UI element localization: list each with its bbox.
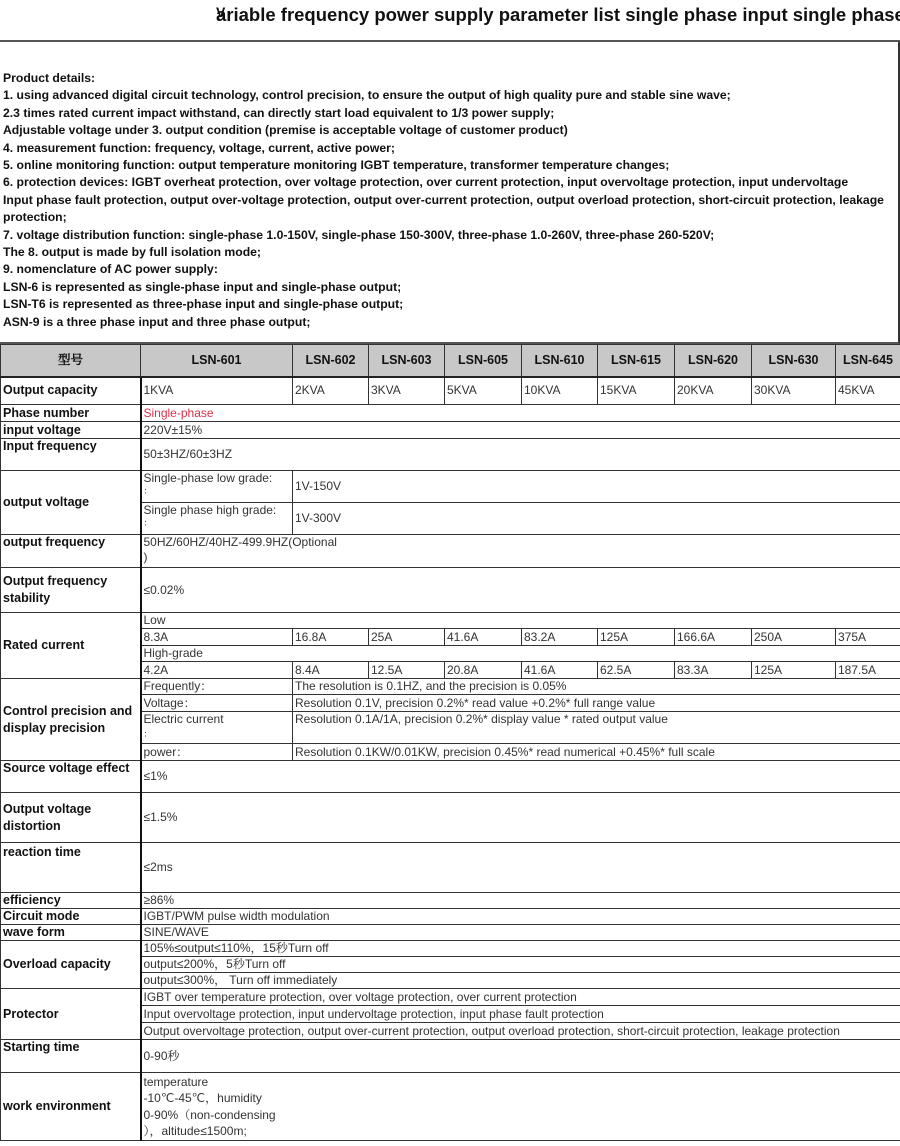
- cell: 125A: [752, 662, 836, 679]
- header-model: LSN-645: [836, 345, 900, 377]
- table-row: Circuit mode IGBT/PWM pulse width modula…: [1, 909, 900, 925]
- cell: 250A: [752, 629, 836, 646]
- header-model: LSN-620: [675, 345, 752, 377]
- row-label: Protector: [1, 989, 141, 1040]
- header-model: LSN-603: [369, 345, 445, 377]
- cell: 16.8A: [293, 629, 369, 646]
- cell: 83.2A: [522, 629, 598, 646]
- cell: 45KVA: [836, 377, 900, 405]
- header-model-label: 型号: [1, 345, 141, 377]
- cell: 25A: [369, 629, 445, 646]
- cell: 2KVA: [293, 377, 369, 405]
- details-line: 4. measurement function: frequency, volt…: [3, 140, 898, 157]
- phase-value: Single-phase: [141, 405, 900, 422]
- details-line: protection;: [3, 209, 898, 226]
- page-title: Variable frequency power supply paramete…: [0, 0, 900, 42]
- cell: 0-90秒: [141, 1040, 900, 1073]
- row-label: Output capacity: [1, 377, 141, 405]
- cell: output≤200%，5秒Turn off: [141, 957, 900, 973]
- row-label: Source voltage effect: [1, 761, 141, 793]
- details-line: 1. using advanced digital circuit techno…: [3, 87, 898, 104]
- details-line: 6. protection devices: IGBT overheat pro…: [3, 174, 898, 191]
- row-label: reaction time: [1, 843, 141, 893]
- details-line: LSN-6 is represented as single-phase inp…: [3, 279, 898, 296]
- title-text: ariable frequency power supply parameter…: [216, 4, 900, 26]
- table-row: Control precision anddisplay precision F…: [1, 679, 900, 695]
- cell: 62.5A: [598, 662, 675, 679]
- cell: 3KVA: [369, 377, 445, 405]
- header-model: LSN-630: [752, 345, 836, 377]
- table-row: work environment temperature -10℃-45℃，hu…: [1, 1073, 900, 1141]
- cell: 10KVA: [522, 377, 598, 405]
- header-model: LSN-610: [522, 345, 598, 377]
- table-row: efficiency ≥86%: [1, 893, 900, 909]
- cell: Output overvoltage protection, output ov…: [141, 1023, 900, 1040]
- cell: 15KVA: [598, 377, 675, 405]
- table-row: wave form SINE/WAVE: [1, 925, 900, 941]
- cell: 375A: [836, 629, 900, 646]
- row-label: Control precision anddisplay precision: [1, 679, 141, 761]
- cell: 220V±15%: [141, 422, 900, 439]
- details-line: 2.3 times rated current impact withstand…: [3, 105, 898, 122]
- table-row: reaction time ≤2ms: [1, 843, 900, 893]
- table-row: Starting time 0-90秒: [1, 1040, 900, 1073]
- table-row: Output capacity 1KVA 2KVA 3KVA 5KVA 10KV…: [1, 377, 900, 405]
- table-row: Input frequency 50±3HZ/60±3HZ: [1, 439, 900, 471]
- cell: 12.5A: [369, 662, 445, 679]
- details-line: LSN-T6 is represented as three-phase inp…: [3, 296, 898, 313]
- details-line: 5. online monitoring function: output te…: [3, 157, 898, 174]
- cell: ≤0.02%: [141, 568, 900, 613]
- cell: ≤1.5%: [141, 793, 900, 843]
- details-line: 9. nomenclature of AC power supply:: [3, 261, 898, 278]
- cell: 4.2A: [141, 662, 293, 679]
- cell: temperature -10℃-45℃，humidity 0-90%（non-…: [141, 1073, 900, 1141]
- sub-label: Frequently：: [141, 679, 293, 695]
- details-line: Product details:: [3, 70, 898, 87]
- row-label: work environment: [1, 1073, 141, 1141]
- table-row: input voltage 220V±15%: [1, 422, 900, 439]
- cell: 187.5A: [836, 662, 900, 679]
- row-label: efficiency: [1, 893, 141, 909]
- header-model: LSN-605: [445, 345, 522, 377]
- table-row: Output frequencystability ≤0.02%: [1, 568, 900, 613]
- product-details: Product details: 1. using advanced digit…: [0, 42, 900, 344]
- row-label: Circuit mode: [1, 909, 141, 925]
- table-row: Source voltage effect ≤1%: [1, 761, 900, 793]
- table-row: Protector IGBT over temperature protecti…: [1, 989, 900, 1006]
- details-line: 7. voltage distribution function: single…: [3, 227, 898, 244]
- cell: 125A: [598, 629, 675, 646]
- cell: IGBT over temperature protection, over v…: [141, 989, 900, 1006]
- low-label: Low: [141, 613, 900, 629]
- cell: 1KVA: [141, 377, 293, 405]
- table-row: output voltage Single-phase low grade:： …: [1, 471, 900, 503]
- cell: 5KVA: [445, 377, 522, 405]
- table-header-row: 型号 LSN-601 LSN-602 LSN-603 LSN-605 LSN-6…: [1, 345, 900, 377]
- details-line: The 8. output is made by full isolation …: [3, 244, 898, 261]
- header-model: LSN-615: [598, 345, 675, 377]
- cell: output≤300%， Turn off immediately: [141, 973, 900, 989]
- cell: 30KVA: [752, 377, 836, 405]
- row-label: input voltage: [1, 422, 141, 439]
- sub-label: Voltage：: [141, 695, 293, 712]
- cell: 1V-150V: [293, 471, 900, 503]
- cell: 83.3A: [675, 662, 752, 679]
- cell: Resolution 0.1A/1A, precision 0.2%* disp…: [293, 712, 900, 744]
- cell: 41.6A: [522, 662, 598, 679]
- table-row: Rated current Low: [1, 613, 900, 629]
- cell: Resolution 0.1KW/0.01KW, precision 0.45%…: [293, 744, 900, 761]
- cell: 20KVA: [675, 377, 752, 405]
- row-label: Overload capacity: [1, 941, 141, 989]
- cell: 41.6A: [445, 629, 522, 646]
- row-label: Phase number: [1, 405, 141, 422]
- header-model: LSN-601: [141, 345, 293, 377]
- cell: 8.3A: [141, 629, 293, 646]
- row-label: output voltage: [1, 471, 141, 535]
- row-label: Rated current: [1, 613, 141, 679]
- sub-label: Electric current：: [141, 712, 293, 744]
- cell: Resolution 0.1V, precision 0.2%* read va…: [293, 695, 900, 712]
- cell: 105%≤output≤110%，15秒Turn off: [141, 941, 900, 957]
- cell: SINE/WAVE: [141, 925, 900, 941]
- details-line: ASN-9 is a three phase input and three p…: [3, 314, 898, 331]
- sub-label: Single-phase low grade:：: [141, 471, 293, 503]
- cell: 8.4A: [293, 662, 369, 679]
- sub-label: Single phase high grade:：: [141, 503, 293, 535]
- row-label: output frequency: [1, 535, 141, 568]
- cell: The resolution is 0.1HZ, and the precisi…: [293, 679, 900, 695]
- cell: IGBT/PWM pulse width modulation: [141, 909, 900, 925]
- header-model: LSN-602: [293, 345, 369, 377]
- row-label: wave form: [1, 925, 141, 941]
- row-label: Input frequency: [1, 439, 141, 471]
- details-line: Adjustable voltage under 3. output condi…: [3, 122, 898, 139]
- cell: 50HZ/60HZ/40HZ-499.9HZ(Optional): [141, 535, 900, 568]
- row-label: Output frequencystability: [1, 568, 141, 613]
- sub-label: power：: [141, 744, 293, 761]
- parameter-table: 型号 LSN-601 LSN-602 LSN-603 LSN-605 LSN-6…: [0, 344, 900, 1141]
- row-label: Output voltagedistortion: [1, 793, 141, 843]
- cell: 50±3HZ/60±3HZ: [141, 439, 900, 471]
- cell: 1V-300V: [293, 503, 900, 535]
- table-row: Phase number Single-phase: [1, 405, 900, 422]
- cell: Input overvoltage protection, input unde…: [141, 1006, 900, 1023]
- high-label: High-grade: [141, 646, 900, 662]
- cell: ≤1%: [141, 761, 900, 793]
- cell: 20.8A: [445, 662, 522, 679]
- cell: 166.6A: [675, 629, 752, 646]
- table-row: output frequency 50HZ/60HZ/40HZ-499.9HZ(…: [1, 535, 900, 568]
- cell: ≤2ms: [141, 843, 900, 893]
- table-row: Output voltagedistortion ≤1.5%: [1, 793, 900, 843]
- cell: ≥86%: [141, 893, 900, 909]
- details-line: Input phase fault protection, output ove…: [3, 192, 898, 209]
- table-row: Overload capacity 105%≤output≤110%，15秒Tu…: [1, 941, 900, 957]
- row-label: Starting time: [1, 1040, 141, 1073]
